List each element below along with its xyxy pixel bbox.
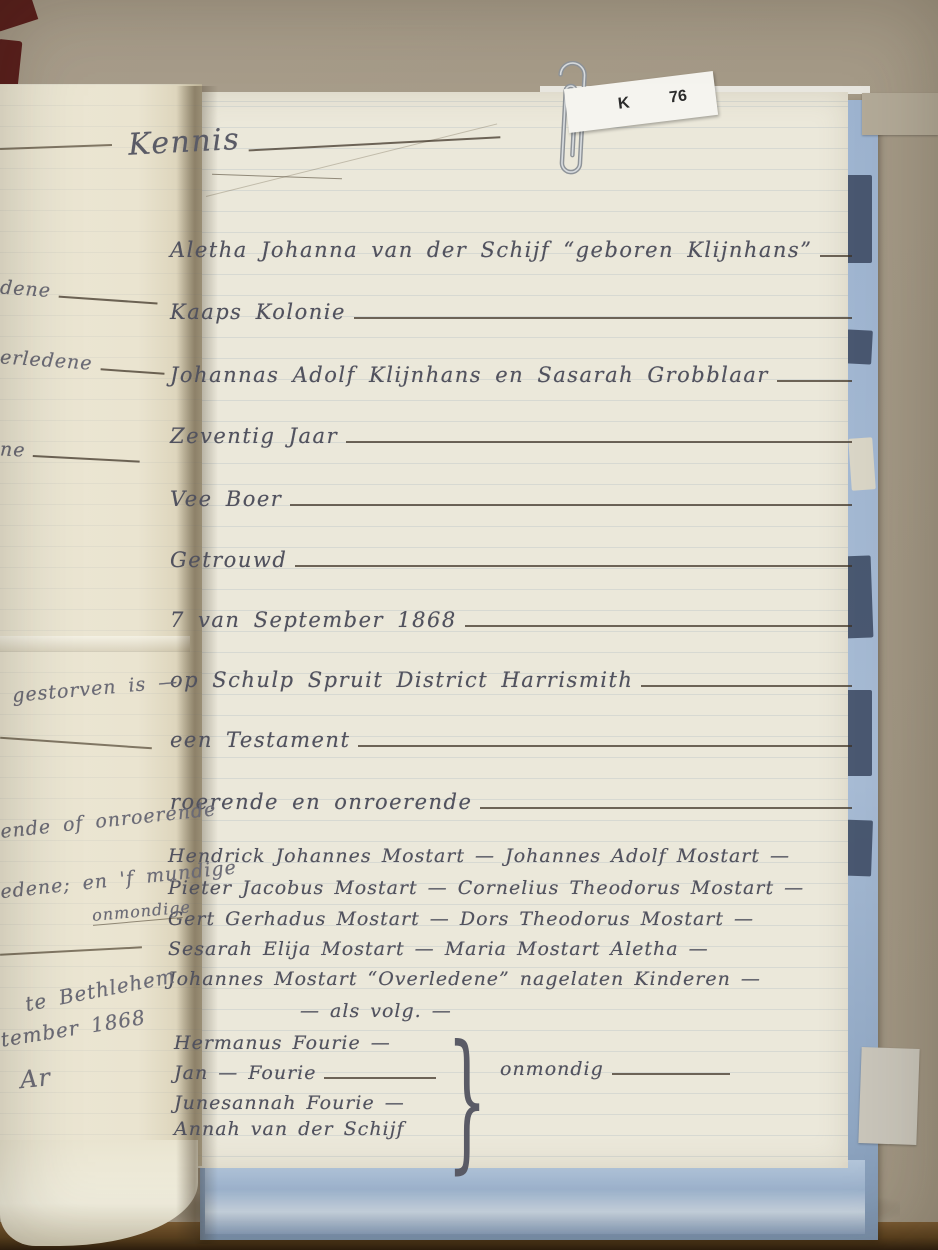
heirs-line: Pieter Jacobus Mostart — Cornelius Theod…: [168, 877, 852, 899]
minors-note-entry: onmondig: [500, 1058, 730, 1080]
ink-rule: [290, 504, 852, 506]
register-entry: Getrouwd: [170, 548, 852, 572]
heirs-line: Sesarah Elija Mostart — Maria Mostart Al…: [168, 938, 852, 960]
ink-rule: [100, 368, 164, 374]
register-entry: Johannas Adolf Klijnhans en Sasarah Grob…: [170, 363, 852, 387]
entry-birthplace: Kaaps Kolonie: [170, 300, 346, 324]
register-entry: op Schulp Spruit District Harrismith: [170, 668, 852, 692]
label-code: K: [617, 94, 631, 113]
ink-rule: [465, 625, 852, 627]
ink-rule: [324, 1077, 436, 1079]
entry-death-place: op Schulp Spruit District Harrismith: [170, 668, 633, 692]
grouping-brace: }: [447, 1026, 487, 1176]
register-entry: Zeventig Jaar: [170, 424, 852, 448]
heirs-text: — als volg. —: [300, 1000, 452, 1022]
heirs-line: Johannes Mostart “Overledene” nagelaten …: [168, 968, 852, 990]
minor-line: Junesannah Fourie —: [174, 1092, 444, 1114]
book-spine-fragment: [0, 0, 38, 31]
minor-line: Jan — Fourie: [174, 1062, 436, 1084]
entry-occupation: Vee Boer: [170, 487, 282, 511]
book-spine-fragment: [0, 39, 22, 89]
tape-piece: [862, 93, 938, 135]
ink-rule: [358, 745, 852, 747]
minor-name: Annah van der Schijf: [174, 1118, 405, 1140]
ink-rule: [612, 1073, 730, 1075]
heirs-text: Pieter Jacobus Mostart — Cornelius Theod…: [168, 877, 804, 899]
minor-name: Junesannah Fourie —: [174, 1092, 405, 1114]
register-entry: Kaaps Kolonie: [170, 300, 852, 324]
page-edge-patch: [845, 329, 873, 364]
fragment-text: dene: [0, 277, 52, 302]
label-number: 76: [668, 87, 688, 107]
entry-death-date: 7 van September 1868: [170, 608, 457, 632]
archival-photo: Kennis Aletha Johanna van der Schijf “ge…: [0, 0, 938, 1250]
page-title: Kennis: [127, 122, 241, 163]
minors-note: onmondig: [500, 1058, 604, 1080]
heirs-text: Gert Gerhadus Mostart — Dors Theodorus M…: [168, 908, 754, 930]
entry-age: Zeventig Jaar: [170, 424, 338, 448]
minor-line: Hermanus Fourie —: [174, 1032, 444, 1054]
ink-rule: [295, 565, 852, 567]
ink-rule: [33, 455, 139, 463]
ink-rule: [820, 255, 852, 257]
heirs-text: Hendrick Johannes Mostart — Johannes Ado…: [168, 845, 790, 867]
ink-rule: [641, 685, 852, 687]
torn-paper-bit: [848, 437, 876, 491]
ink-rule: [346, 441, 852, 443]
ink-rule: [354, 317, 852, 319]
ink-rule: [59, 296, 158, 305]
left-page-fold: [0, 636, 190, 652]
heirs-text: Sesarah Elija Mostart — Maria Mostart Al…: [168, 938, 709, 960]
register-entry: Vee Boer: [170, 487, 852, 511]
ink-rule: [777, 380, 852, 382]
entry-deceased-name: Aletha Johanna van der Schijf “geboren K…: [170, 238, 812, 262]
minor-line: Annah van der Schijf: [174, 1118, 444, 1140]
minor-name: Jan — Fourie: [174, 1062, 316, 1084]
heirs-line: Hendrick Johannes Mostart — Johannes Ado…: [168, 845, 852, 867]
register-entry: roerende en onroerende: [170, 790, 852, 814]
register-entry: Aletha Johanna van der Schijf “geboren K…: [170, 238, 852, 262]
fragment-text: Ar: [19, 1063, 53, 1094]
register-entry: een Testament: [170, 728, 852, 752]
ink-rule: [480, 807, 852, 809]
entry-marital-status: Getrouwd: [170, 548, 287, 572]
entry-parents: Johannas Adolf Klijnhans en Sasarah Grob…: [170, 363, 769, 387]
tape-piece: [858, 1047, 919, 1145]
register-entry: 7 van September 1868: [170, 608, 852, 632]
minor-name: Hermanus Fourie —: [174, 1032, 391, 1054]
blue-sheet-frayed-edge: [205, 1160, 865, 1234]
heirs-text: Johannes Mostart “Overledene” nagelaten …: [168, 968, 761, 990]
entry-testament: een Testament: [170, 728, 350, 752]
heirs-line: Gert Gerhadus Mostart — Dors Theodorus M…: [168, 908, 852, 930]
fragment-text: ne: [0, 438, 26, 461]
